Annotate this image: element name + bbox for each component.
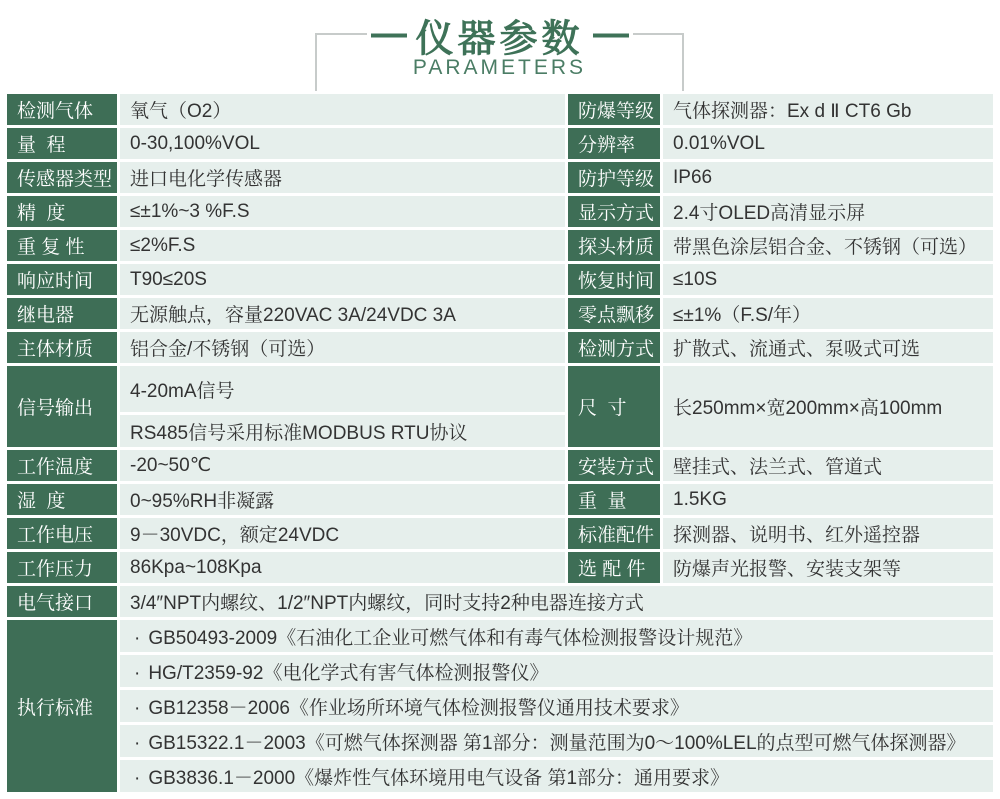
param-value: 0~95%RH非凝露 bbox=[120, 484, 565, 515]
table-row: 工作温度 -20~50℃ 安装方式 壁挂式、法兰式、管道式 bbox=[7, 450, 993, 481]
param-value: 1.5KG bbox=[663, 484, 993, 515]
title-dash-right-icon bbox=[593, 33, 629, 37]
param-label: 重 复 性 bbox=[7, 230, 117, 261]
param-value: 气体探测器：Ex d Ⅱ CT6 Gb bbox=[663, 94, 993, 125]
table-row: 精 度 ≤±1%~3 %F.S 显示方式 2.4寸OLED高清显示屏 bbox=[7, 196, 993, 227]
standard-text: GB12358－2006《作业场所环境气体检测报警仪通用技术要求》 bbox=[148, 698, 689, 719]
param-value: ≤2%F.S bbox=[120, 230, 565, 261]
param-value: 氧气（O2） bbox=[120, 94, 565, 125]
param-label: 执行标准 bbox=[7, 620, 117, 792]
table-row: 重 复 性 ≤2%F.S 探头材质 带黑色涂层铝合金、不锈钢（可选） bbox=[7, 230, 993, 261]
param-label: 检测气体 bbox=[7, 94, 117, 125]
param-value: 无源触点，容量220VAC 3A/24VDC 3A bbox=[120, 298, 565, 329]
table-row: 信号输出 4-20mA信号 尺 寸 长250mm×宽200mm×高100mm bbox=[7, 366, 993, 412]
bullet-icon: · bbox=[134, 698, 140, 720]
table-row: 检测气体 氧气（O2） 防爆等级 气体探测器：Ex d Ⅱ CT6 Gb bbox=[7, 94, 993, 125]
param-label: 电气接口 bbox=[7, 586, 117, 617]
param-value: 9－30VDC，额定24VDC bbox=[120, 518, 565, 549]
table-row: ·GB15322.1－2003《可燃气体探测器 第1部分：测量范围为0～100%… bbox=[7, 725, 993, 757]
param-label: 精 度 bbox=[7, 196, 117, 227]
param-value: 0.01%VOL bbox=[663, 128, 993, 159]
table-row: ·HG/T2359-92《电化学式有害气体检测报警仪》 bbox=[7, 655, 993, 687]
param-label: 湿 度 bbox=[7, 484, 117, 515]
param-label: 重 量 bbox=[568, 484, 660, 515]
table-row: 响应时间 T90≤20S 恢复时间 ≤10S bbox=[7, 264, 993, 295]
standard-item: ·HG/T2359-92《电化学式有害气体检测报警仪》 bbox=[120, 655, 993, 687]
table-row: 电气接口 3/4″NPT内螺纹、1/2″NPT内螺纹，同时支持2种电器连接方式 bbox=[7, 586, 993, 617]
page-subtitle: PARAMETERS bbox=[317, 56, 682, 80]
param-value: 壁挂式、法兰式、管道式 bbox=[663, 450, 993, 481]
param-label: 工作温度 bbox=[7, 450, 117, 481]
param-value: -20~50℃ bbox=[120, 450, 565, 481]
param-value: ≤±1%~3 %F.S bbox=[120, 196, 565, 227]
table-row: ·GB12358－2006《作业场所环境气体检测报警仪通用技术要求》 bbox=[7, 690, 993, 722]
param-label: 工作电压 bbox=[7, 518, 117, 549]
param-value: IP66 bbox=[663, 162, 993, 193]
standard-item: ·GB12358－2006《作业场所环境气体检测报警仪通用技术要求》 bbox=[120, 690, 993, 722]
param-value: ≤±1%（F.S/年） bbox=[663, 298, 993, 329]
param-label: 探头材质 bbox=[568, 230, 660, 261]
param-label: 恢复时间 bbox=[568, 264, 660, 295]
title-dash-left-icon bbox=[370, 33, 406, 37]
param-label: 信号输出 bbox=[7, 366, 117, 447]
table-row: 主体材质 铝合金/不锈钢（可选） 检测方式 扩散式、流通式、泵吸式可选 bbox=[7, 332, 993, 363]
param-label: 零点飘移 bbox=[568, 298, 660, 329]
standard-item: ·GB50493-2009《石油化工企业可燃气体和有毒气体检测报警设计规范》 bbox=[120, 620, 993, 652]
param-label: 量 程 bbox=[7, 128, 117, 159]
table-row: 工作压力 86Kpa~108Kpa 选 配 件 防爆声光报警、安装支架等 bbox=[7, 552, 993, 583]
param-label: 分辨率 bbox=[568, 128, 660, 159]
param-value: RS485信号采用标准MODBUS RTU协议 bbox=[120, 415, 565, 447]
param-value: 带黑色涂层铝合金、不锈钢（可选） bbox=[663, 230, 993, 261]
param-label: 传感器类型 bbox=[7, 162, 117, 193]
standard-text: GB50493-2009《石油化工企业可燃气体和有毒气体检测报警设计规范》 bbox=[148, 628, 752, 649]
bullet-icon: · bbox=[134, 768, 140, 790]
param-value: 铝合金/不锈钢（可选） bbox=[120, 332, 565, 363]
param-value: ≤10S bbox=[663, 264, 993, 295]
table-row: 执行标准 ·GB50493-2009《石油化工企业可燃气体和有毒气体检测报警设计… bbox=[7, 620, 993, 652]
bullet-icon: · bbox=[134, 733, 140, 755]
param-value: 探测器、说明书、红外遥控器 bbox=[663, 518, 993, 549]
standard-item: ·GB3836.1－2000《爆炸性气体环境用电气设备 第1部分：通用要求》 bbox=[120, 760, 993, 792]
param-label: 检测方式 bbox=[568, 332, 660, 363]
param-label: 防护等级 bbox=[568, 162, 660, 193]
param-label: 主体材质 bbox=[7, 332, 117, 363]
table-row: 工作电压 9－30VDC，额定24VDC 标准配件 探测器、说明书、红外遥控器 bbox=[7, 518, 993, 549]
param-label: 尺 寸 bbox=[568, 366, 660, 447]
param-label: 继电器 bbox=[7, 298, 117, 329]
param-value: 3/4″NPT内螺纹、1/2″NPT内螺纹，同时支持2种电器连接方式 bbox=[120, 586, 993, 617]
table-row: ·GB3836.1－2000《爆炸性气体环境用电气设备 第1部分：通用要求》 bbox=[7, 760, 993, 792]
param-value: T90≤20S bbox=[120, 264, 565, 295]
param-value: 0-30,100%VOL bbox=[120, 128, 565, 159]
table-row: 继电器 无源触点，容量220VAC 3A/24VDC 3A 零点飘移 ≤±1%（… bbox=[7, 298, 993, 329]
param-value: 扩散式、流通式、泵吸式可选 bbox=[663, 332, 993, 363]
title-frame: 仪器参数 PARAMETERS bbox=[315, 33, 684, 91]
param-value: 进口电化学传感器 bbox=[120, 162, 565, 193]
param-label: 防爆等级 bbox=[568, 94, 660, 125]
bullet-icon: · bbox=[134, 663, 140, 685]
param-value: 86Kpa~108Kpa bbox=[120, 552, 565, 583]
param-value: 长250mm×宽200mm×高100mm bbox=[663, 366, 993, 447]
param-value: 防爆声光报警、安装支架等 bbox=[663, 552, 993, 583]
standard-text: HG/T2359-92《电化学式有害气体检测报警仪》 bbox=[148, 663, 548, 684]
param-label: 工作压力 bbox=[7, 552, 117, 583]
standard-text: GB15322.1－2003《可燃气体探测器 第1部分：测量范围为0～100%L… bbox=[148, 733, 965, 754]
standard-item: ·GB15322.1－2003《可燃气体探测器 第1部分：测量范围为0～100%… bbox=[120, 725, 993, 757]
param-label: 显示方式 bbox=[568, 196, 660, 227]
param-label: 选 配 件 bbox=[568, 552, 660, 583]
table-row: 湿 度 0~95%RH非凝露 重 量 1.5KG bbox=[7, 484, 993, 515]
param-value: 4-20mA信号 bbox=[120, 366, 565, 412]
param-value: 2.4寸OLED高清显示屏 bbox=[663, 196, 993, 227]
table-row: 传感器类型 进口电化学传感器 防护等级 IP66 bbox=[7, 162, 993, 193]
parameters-table: 检测气体 氧气（O2） 防爆等级 气体探测器：Ex d Ⅱ CT6 Gb 量 程… bbox=[4, 91, 996, 795]
param-label: 标准配件 bbox=[568, 518, 660, 549]
param-label: 安装方式 bbox=[568, 450, 660, 481]
page-title-row: 仪器参数 bbox=[366, 8, 632, 63]
bullet-icon: · bbox=[134, 628, 140, 650]
standard-text: GB3836.1－2000《爆炸性气体环境用电气设备 第1部分：通用要求》 bbox=[148, 768, 729, 789]
page-title: 仪器参数 bbox=[415, 8, 583, 63]
table-row: 量 程 0-30,100%VOL 分辨率 0.01%VOL bbox=[7, 128, 993, 159]
param-label: 响应时间 bbox=[7, 264, 117, 295]
